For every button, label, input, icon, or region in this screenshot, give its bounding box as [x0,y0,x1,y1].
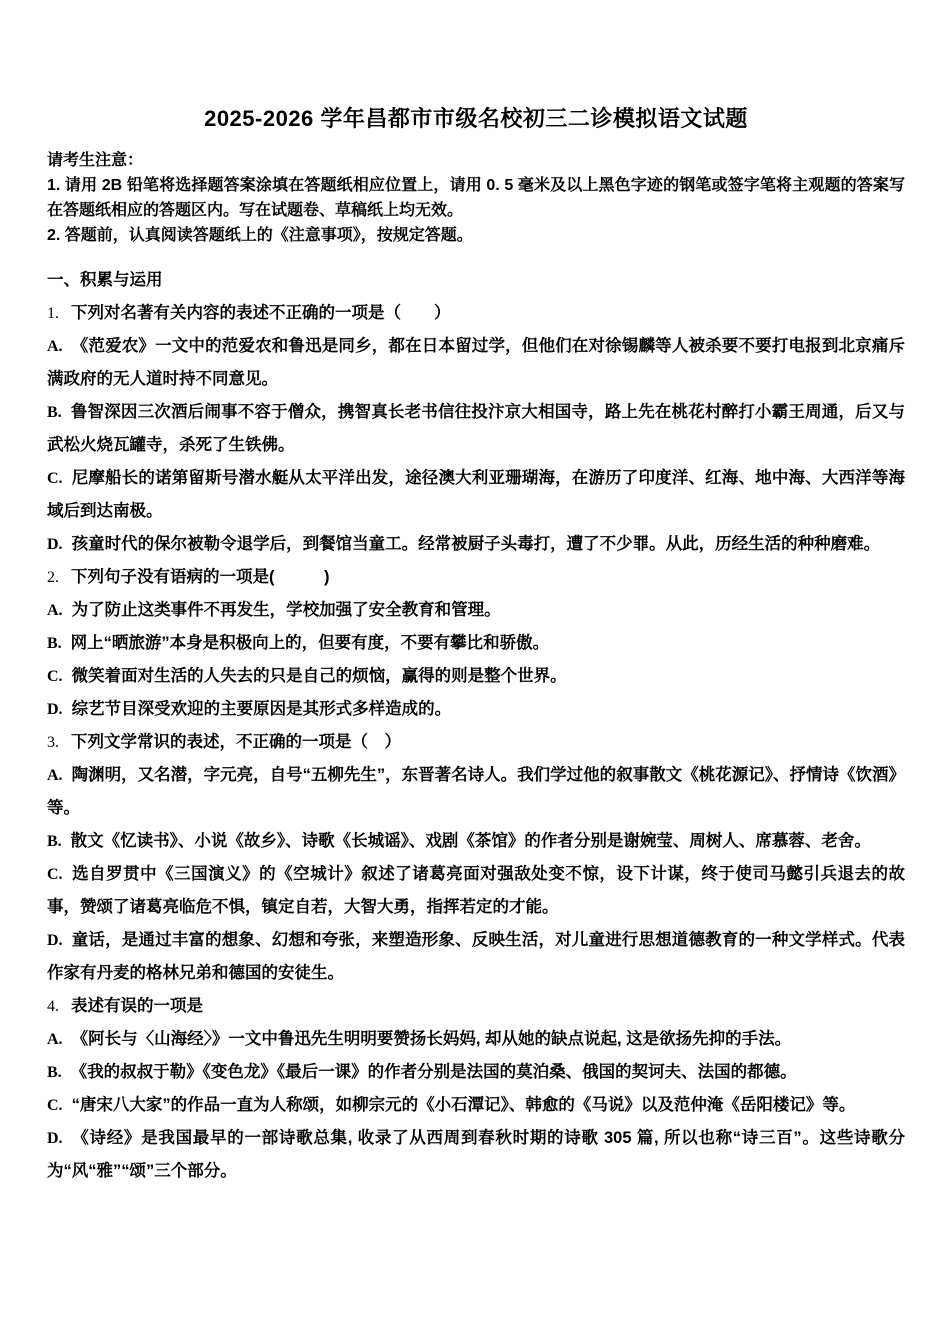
question-1-stem: 1.下列对名著有关内容的表述不正确的一项是（ ） [47,297,905,330]
question-2-option-b: B.网上“晒旅游”本身是积极向上的，但要有度，不要有攀比和骄傲。 [47,627,905,660]
question-1-option-b-text: 鲁智深因三次酒后闹事不容于僧众，携智真长老书信往投汴京大相国寺，路上先在桃花村醉… [47,403,905,454]
question-2-option-d-text: 综艺节目深受欢迎的主要原因是其形式多样造成的。 [72,700,452,718]
question-2-option-a: A.为了防止这类事件不再发生，学校加强了安全教育和管理。 [47,594,905,627]
question-4-option-c: C.“唐宋八大家”的作品一直为人称颂，如柳宗元的《小石潭记》、韩愈的《马说》以及… [47,1089,905,1122]
question-1-option-a-label: A. [47,338,63,355]
question-3-stem: 3.下列文学常识的表述，不正确的一项是（ ） [47,726,905,759]
question-4-option-d-text: 《诗经》是我国最早的一部诗歌总集, 收录了从西周到春秋时期的诗歌 305 篇, … [47,1129,905,1180]
question-4-stem: 4.表述有误的一项是 [47,990,905,1023]
section-accumulation-and-use: 一、积累与运用 1.下列对名著有关内容的表述不正确的一项是（ ） A.《范爱农》… [47,264,905,1188]
question-4-stem-text: 表述有误的一项是 [71,997,203,1015]
notice-item-1: 1. 请用 2B 铅笔将选择题答案涂填在答题纸相应位置上，请用 0. 5 毫米及… [47,173,905,223]
question-3-option-b-text: 散文《忆读书》、小说《故乡》、诗歌《长城谣》、戏剧《茶馆》的作者分别是谢婉莹、周… [71,832,871,850]
question-1-option-c: C.尼摩船长的诺第留斯号潜水艇从太平洋出发，途径澳大利亚珊瑚海，在游历了印度洋、… [47,462,905,528]
question-1-stem-text: 下列对名著有关内容的表述不正确的一项是（ ） [71,304,451,322]
question-4-number: 4. [47,998,59,1015]
question-3-option-a-label: A. [47,767,63,784]
question-2-option-b-text: 网上“晒旅游”本身是积极向上的，但要有度，不要有攀比和骄傲。 [71,634,550,652]
question-2-option-c-text: 微笑着面对生活的人失去的只是自己的烦恼，赢得的则是整个世界。 [72,667,567,685]
question-4-option-d: D.《诗经》是我国最早的一部诗歌总集, 收录了从西周到春秋时期的诗歌 305 篇… [47,1122,905,1188]
question-2-number: 2. [47,569,59,586]
question-1-option-d-text: 孩童时代的保尔被勒令退学后，到餐馆当童工。经常被厨子头毒打，遭了不少罪。从此，历… [72,535,881,553]
question-2-option-d: D.综艺节目深受欢迎的主要原因是其形式多样造成的。 [47,693,905,726]
question-3-stem-text: 下列文学常识的表述，不正确的一项是（ ） [71,733,401,751]
question-1-number: 1. [47,305,59,322]
notice-item-2: 2. 答题前，认真阅读答题纸上的《注意事项》，按规定答题。 [47,223,905,248]
question-4-option-a-label: A. [47,1031,63,1048]
question-4-option-d-label: D. [47,1130,63,1147]
question-4-option-b-text: 《我的叔叔于勒》《变色龙》《最后一课》的作者分别是法国的莫泊桑、俄国的契诃夫、法… [71,1063,797,1081]
question-2-option-a-text: 为了防止这类事件不再发生，学校加强了安全教育和管理。 [72,601,501,619]
exam-paper-page: 2025-2026 学年昌都市市级名校初三二诊模拟语文试题 请考生注意： 1. … [0,0,950,1344]
question-1-option-b: B.鲁智深因三次酒后闹事不容于僧众，携智真长老书信往投汴京大相国寺，路上先在桃花… [47,396,905,462]
question-2-option-a-label: A. [47,602,63,619]
question-4-option-a-text: 《阿长与〈山海经〉》一文中鲁迅先生明明要赞扬长妈妈, 却从她的缺点说起, 这是欲… [72,1030,792,1048]
question-4-option-c-text: “唐宋八大家”的作品一直为人称颂，如柳宗元的《小石潭记》、韩愈的《马说》以及范仲… [72,1096,856,1114]
question-1-option-d: D.孩童时代的保尔被勒令退学后，到餐馆当童工。经常被厨子头毒打，遭了不少罪。从此… [47,528,905,561]
question-4-option-a: A.《阿长与〈山海经〉》一文中鲁迅先生明明要赞扬长妈妈, 却从她的缺点说起, 这… [47,1023,905,1056]
question-2-option-b-label: B. [47,635,62,652]
question-3-option-d-label: D. [47,932,63,949]
question-2-option-d-label: D. [47,701,63,718]
question-3-option-c-text: 选自罗贯中《三国演义》的《空城计》叙述了诸葛亮面对强敌处变不惊，设下计谋，终于使… [47,865,905,916]
question-1-option-b-label: B. [47,404,62,421]
question-1-option-a: A.《范爱农》一文中的范爱农和鲁迅是同乡，都在日本留过学，但他们在对徐锡麟等人被… [47,330,905,396]
question-1-option-c-text: 尼摩船长的诺第留斯号潜水艇从太平洋出发，途径澳大利亚珊瑚海，在游历了印度洋、红海… [47,469,905,520]
question-1-option-a-text: 《范爱农》一文中的范爱农和鲁迅是同乡，都在日本留过学，但他们在对徐锡麟等人被杀要… [47,337,905,388]
section-heading: 一、积累与运用 [47,264,905,297]
question-1-option-c-label: C. [47,470,63,487]
candidate-notice: 请考生注意： 1. 请用 2B 铅笔将选择题答案涂填在答题纸相应位置上，请用 0… [47,148,905,248]
question-3-option-d: D.童话，是通过丰富的想象、幻想和夸张，来塑造形象、反映生活，对儿童进行思想道德… [47,924,905,990]
question-3-option-d-text: 童话，是通过丰富的想象、幻想和夸张，来塑造形象、反映生活，对儿童进行思想道德教育… [47,931,905,982]
question-4-option-c-label: C. [47,1097,63,1114]
question-2-option-c: C.微笑着面对生活的人失去的只是自己的烦恼，赢得的则是整个世界。 [47,660,905,693]
question-1-option-d-label: D. [47,536,63,553]
question-3-option-c: C.选自罗贯中《三国演义》的《空城计》叙述了诸葛亮面对强敌处变不惊，设下计谋，终… [47,858,905,924]
question-4-option-b: B.《我的叔叔于勒》《变色龙》《最后一课》的作者分别是法国的莫泊桑、俄国的契诃夫… [47,1056,905,1089]
question-3-option-a-text: 陶渊明，又名潜，字元亮，自号“五柳先生”，东晋著名诗人。我们学过他的叙事散文《桃… [47,766,905,817]
question-3-option-b: B.散文《忆读书》、小说《故乡》、诗歌《长城谣》、戏剧《茶馆》的作者分别是谢婉莹… [47,825,905,858]
question-4-option-b-label: B. [47,1064,62,1081]
question-2-option-c-label: C. [47,668,63,685]
notice-heading: 请考生注意： [47,148,905,173]
question-3-option-a: A.陶渊明，又名潜，字元亮，自号“五柳先生”，东晋著名诗人。我们学过他的叙事散文… [47,759,905,825]
question-3-option-b-label: B. [47,833,62,850]
question-2-stem: 2.下列句子没有语病的一项是( ) [47,561,905,594]
question-3-number: 3. [47,734,59,751]
page-title: 2025-2026 学年昌都市市级名校初三二诊模拟语文试题 [47,104,905,134]
question-3-option-c-label: C. [47,866,63,883]
question-2-stem-text: 下列句子没有语病的一项是( ) [71,568,330,586]
